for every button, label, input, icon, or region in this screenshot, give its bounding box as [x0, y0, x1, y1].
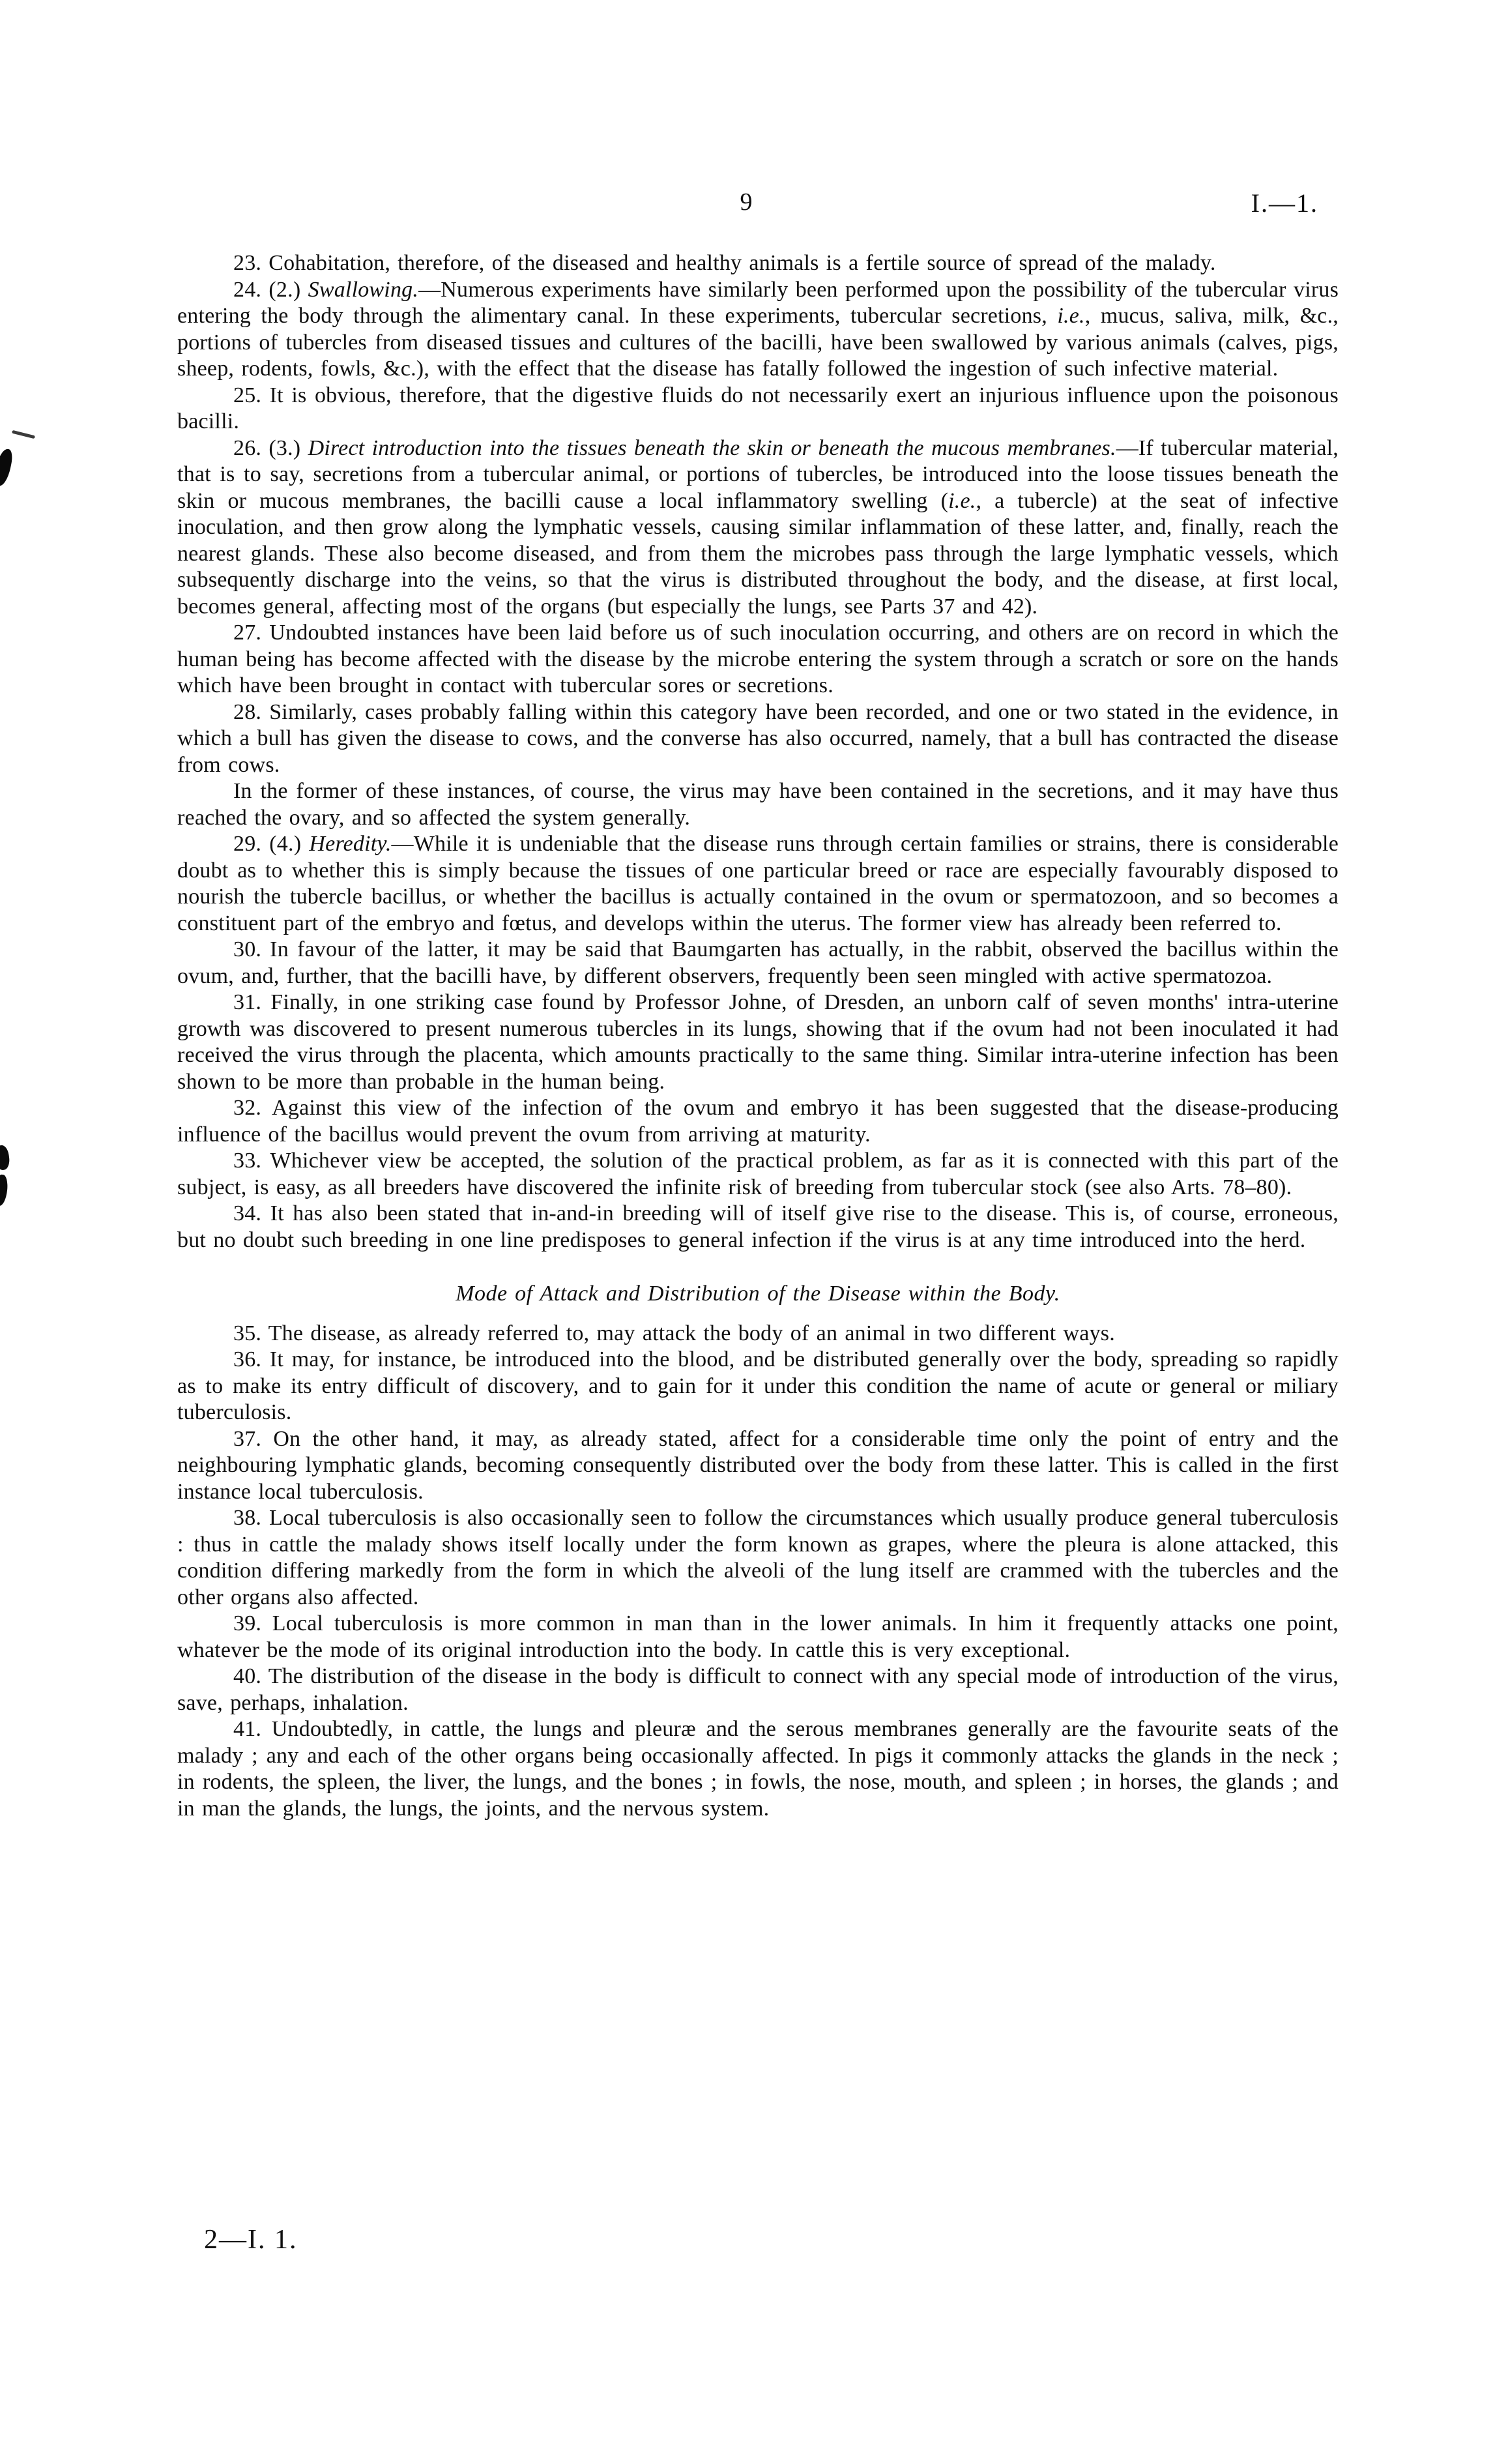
- paragraph: 35. The disease, as already referred to,…: [177, 1321, 1339, 1347]
- paragraph: 34. It has also been stated that in-and-…: [177, 1201, 1339, 1254]
- paragraph: 41. Undoubtedly, in cattle, the lungs an…: [177, 1716, 1339, 1822]
- header-folio: I.—1.: [1251, 188, 1318, 218]
- paragraph: 40. The distribution of the disease in t…: [177, 1664, 1339, 1716]
- paragraph: 37. On the other hand, it may, as alread…: [177, 1426, 1339, 1506]
- paragraph: 23. Cohabitation, therefore, of the dise…: [177, 250, 1339, 277]
- content-blocks: 23. Cohabitation, therefore, of the dise…: [177, 250, 1339, 1822]
- paragraph: 25. It is obvious, therefore, that the d…: [177, 383, 1339, 435]
- footer-signature: 2—I. 1.: [204, 2224, 298, 2255]
- page-body: 23. Cohabitation, therefore, of the dise…: [177, 250, 1339, 1822]
- ink-smudge: [12, 430, 35, 439]
- paragraph: 24. (2.) Swallowing.—Numerous experiment…: [177, 277, 1339, 383]
- section-heading: Mode of Attack and Distribution of the D…: [177, 1281, 1339, 1308]
- page-header: 9 I.—1.: [0, 188, 1493, 227]
- paragraph: 29. (4.) Heredity.—While it is undeniabl…: [177, 831, 1339, 937]
- paragraph: 39. Local tuberculosis is more common in…: [177, 1611, 1339, 1664]
- paragraph: In the former of these instances, of cou…: [177, 778, 1339, 831]
- paragraph: 33. Whichever view be accepted, the solu…: [177, 1148, 1339, 1201]
- paragraph: 26. (3.) Direct introduction into the ti…: [177, 435, 1339, 621]
- paragraph: 27. Undoubted instances have been laid b…: [177, 620, 1339, 699]
- paragraph: 28. Similarly, cases probably falling wi…: [177, 699, 1339, 779]
- paragraph: 36. It may, for instance, be introduced …: [177, 1347, 1339, 1426]
- ink-smudge: [0, 1145, 11, 1171]
- paragraph: 32. Against this view of the infection o…: [177, 1095, 1339, 1148]
- paragraph: 31. Finally, in one striking case found …: [177, 990, 1339, 1095]
- ink-smudge: [0, 447, 14, 487]
- paragraph: 38. Local tuberculosis is also occasiona…: [177, 1505, 1339, 1611]
- paragraph: 30. In favour of the latter, it may be s…: [177, 937, 1339, 990]
- ink-smudge: [0, 1174, 8, 1207]
